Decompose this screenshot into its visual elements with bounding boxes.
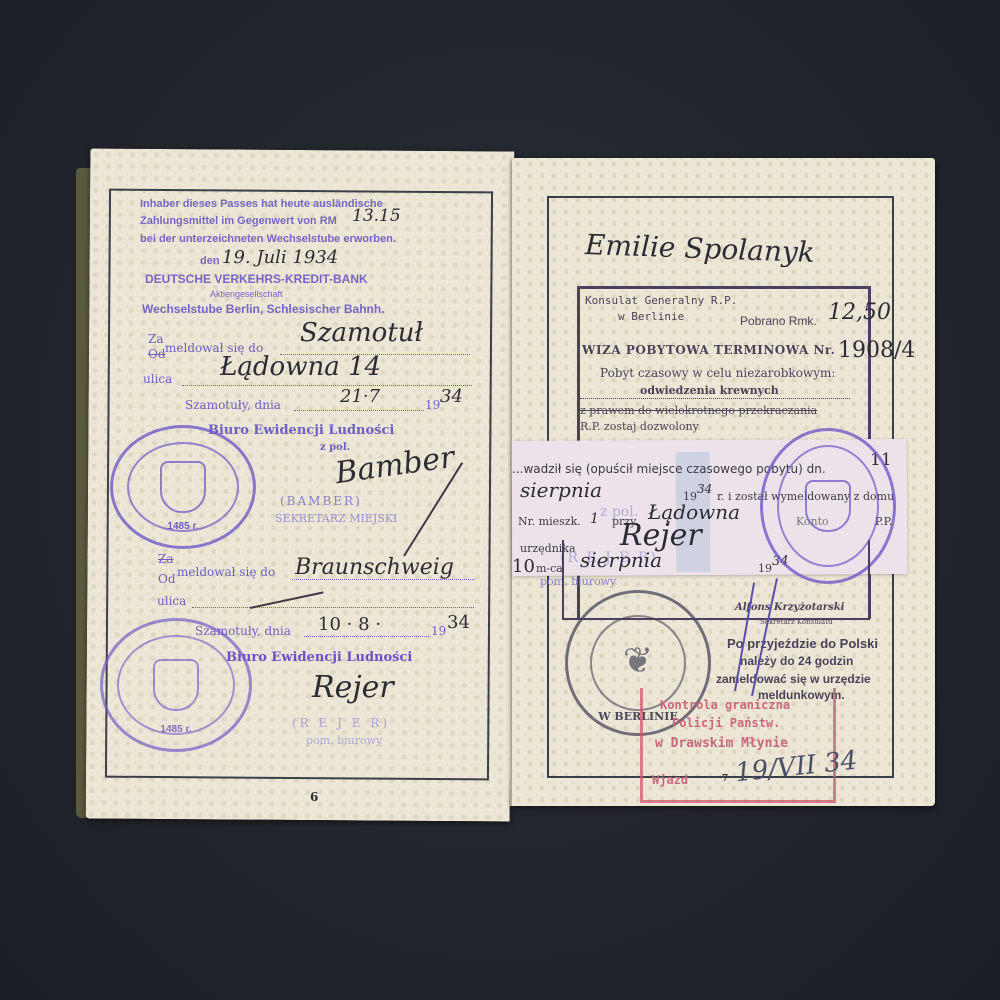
reg-in-street: Łądowna 14	[220, 352, 381, 382]
border-line1: Kontrola graniczna	[660, 698, 790, 712]
visa-purpose-line-dots	[580, 398, 850, 399]
exchange-line1: Inhaber dieses Passes hat heute ausländi…	[140, 198, 383, 210]
exchange-line3: bei der unterzeichneten Wechselstube erw…	[140, 233, 396, 245]
border-line2: Policji Państw.	[672, 716, 780, 730]
bank-sub: Aktiengesellschaft	[210, 289, 283, 299]
magistrat-seal-top: 1485 r.	[110, 425, 256, 549]
exchange-date: 19. Juli 1934	[222, 247, 338, 268]
visa-fee: 12,50	[828, 300, 891, 325]
reg-out-street-label: ulica	[157, 594, 186, 608]
reg-out-label: meldował się do	[177, 565, 275, 579]
visa-struck-line1: z prawem do wielokrotnego przekraczania	[580, 404, 817, 417]
reg-in-street-line	[182, 385, 472, 386]
slip-mc-label: m-ca	[536, 562, 563, 575]
border-entry-label: Wjazd	[652, 773, 688, 787]
reg-in-prefix-bottom: Od	[148, 347, 166, 361]
slip-month: sierpnia	[520, 478, 602, 502]
exchange-date-prefix: den	[200, 255, 220, 267]
slip-house-label: Nr. mieszk.	[518, 515, 581, 528]
coat-of-arms-icon	[160, 461, 206, 513]
exchange-amount: 13.15	[352, 206, 401, 226]
reg-out-signature: Rejer	[312, 670, 394, 705]
reg-in-date-line	[294, 410, 424, 411]
reg-out-official-title: pom. biurowy	[306, 734, 382, 747]
exchange-line2: Zahlungsmittel im Gegenwert von RM	[140, 215, 337, 227]
visa-struck-line2: R.P. zostaj dozwolony	[580, 420, 699, 433]
reg-out-prefix-bottom: Od	[158, 572, 176, 586]
reg-in-office: Biuro Ewidencji Ludności	[208, 423, 394, 438]
slip-year: 34	[697, 482, 712, 496]
reg-in-official-name: (BAMBER)	[280, 494, 362, 508]
bank-branch: Wechselstube Berlin, Schlesischer Bahnh.	[142, 302, 385, 316]
slip-house-no: 1	[590, 511, 599, 527]
visa-fee-label: Pobrano Rmk.	[740, 314, 817, 328]
reg-in-official-title: SEKRETARZ MIEJSKI	[275, 512, 397, 525]
page-number-right: 7	[722, 774, 728, 784]
reg-out-date-line	[304, 636, 429, 637]
coat-of-arms-icon	[153, 659, 199, 711]
visa-purpose-line: Pobyt czasowy w celu niezarobkowym:	[600, 366, 835, 380]
reg-in-year: 34	[440, 386, 463, 407]
reg-in-date: 21·7	[340, 386, 380, 407]
reg-out-office: Biuro Ewidencji Ludności	[226, 650, 412, 665]
reg-in-street-label: ulica	[143, 372, 172, 386]
magistrat-seal-bottom: 1485 r.	[100, 618, 252, 752]
visa-number: 1908/4	[838, 338, 915, 363]
reg-out-prefix-top: Za	[158, 552, 174, 566]
border-line3: w Drawskim Młynie	[655, 736, 788, 751]
visa-consulate: Konsulat Generalny R.P.	[585, 294, 737, 307]
visa-city: w Berlinie	[618, 310, 684, 323]
reg-in-place-date-label: Szamotuły, dnia	[185, 398, 281, 412]
coat-of-arms-icon	[805, 480, 851, 532]
reg-out-year-prefix: 19	[431, 624, 446, 638]
slip-out-day: 10	[512, 556, 535, 577]
visa-purpose: odwiedzenia krewnych	[640, 384, 779, 397]
reg-out-street-line	[192, 607, 474, 608]
visa-title: WIZA POBYTOWA TERMINOWA Nr.	[582, 343, 835, 357]
reg-in-town: Szamotuł	[300, 318, 423, 348]
notice-line1: Po przyjeździe do Polski	[727, 636, 878, 651]
reg-out-town: Braunschweig	[295, 555, 454, 580]
reg-in-year-prefix: 19	[425, 398, 440, 412]
bank-name: DEUTSCHE VERKEHRS-KREDIT-BANK	[145, 272, 368, 286]
visa-signer-title: Sekretarz Konsulatu	[760, 618, 833, 626]
reg-out-year: 34	[447, 612, 470, 633]
notice-line3: zameldować się w urzędzie	[716, 672, 871, 686]
page-number-left: 6	[310, 790, 318, 804]
reg-out-official-name: (R E J E R)	[292, 716, 390, 730]
seal-year: 1485 r.	[113, 521, 253, 532]
seal-year: 1485 r.	[103, 724, 249, 735]
reg-in-prefix-top: Za	[148, 332, 164, 346]
eagle-emblem-icon: ❦	[623, 640, 653, 681]
reg-out-date: 10 · 8 ·	[318, 614, 381, 635]
reg-in-office-sub: z pol.	[320, 442, 350, 453]
